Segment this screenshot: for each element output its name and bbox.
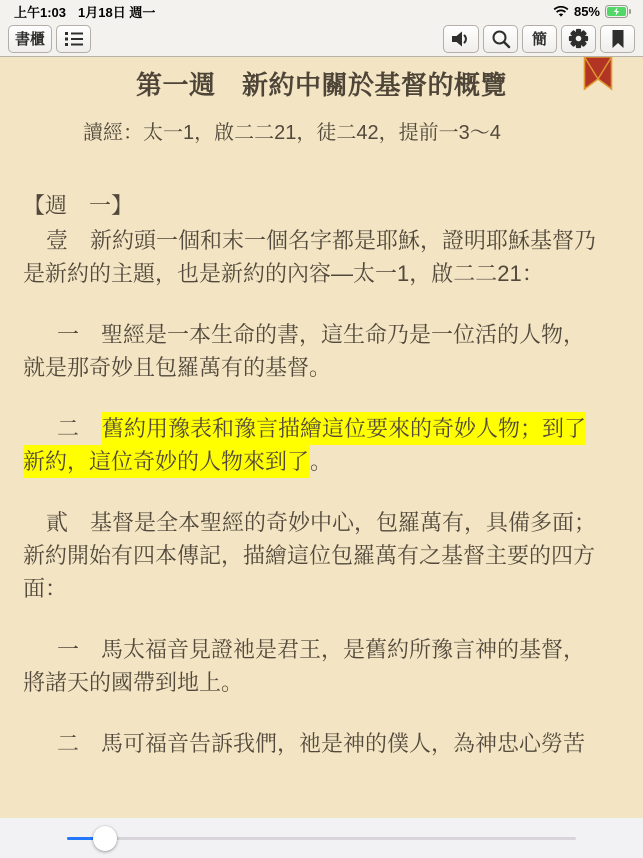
ipad-reader-app: 上午1:03 1月18日 週一 85% xyxy=(0,0,643,858)
speaker-icon xyxy=(450,29,472,49)
paragraph-point-1-sub-1: 一 聖經是一本生命的書，這生命乃是一位活的人物， 就是那奇妙且包羅萬有的基督。 xyxy=(23,318,620,384)
paragraph-point-1-sub-2: 二 舊約用豫表和豫言描繪這位要來的奇妙人物；到了 新約，這位奇妙的人物來到了。 xyxy=(23,412,620,478)
settings-button[interactable] xyxy=(561,25,596,53)
simplified-toggle-label: 簡 xyxy=(532,28,547,49)
progress-slider[interactable] xyxy=(67,835,576,841)
bookshelf-button[interactable]: 書櫃 xyxy=(8,25,52,53)
bookmark-button[interactable] xyxy=(600,25,635,53)
page-title: 第一週 新約中關於基督的概覽 xyxy=(23,65,620,102)
reader-page[interactable]: 第一週 新約中關於基督的概覽 讀經：太一1，啟二二21，徒二42，提前一3～4 … xyxy=(0,57,643,818)
paragraph-point-1: 壹 新約頭一個和末一個名字都是耶穌，證明耶穌基督乃 是新約的主題，也是新約的內容… xyxy=(23,224,620,290)
paragraph-prefix: 二 xyxy=(57,416,101,441)
slider-track[interactable] xyxy=(67,837,576,840)
paragraph-suffix: 。 xyxy=(310,449,332,474)
paragraph-point-2-sub-2: 二 馬可福音告訴我們，祂是神的僕人，為神忠心勞苦 xyxy=(23,727,620,760)
slider-thumb[interactable] xyxy=(93,826,117,851)
speak-button[interactable] xyxy=(443,25,479,53)
status-time: 上午1:03 xyxy=(14,2,66,21)
bookmark-icon xyxy=(610,29,626,49)
search-icon xyxy=(491,29,511,49)
battery-charging-icon xyxy=(605,5,631,18)
footer-bar xyxy=(0,818,643,858)
search-button[interactable] xyxy=(483,25,518,53)
toolbar: 書櫃 xyxy=(0,21,643,57)
scripture-reading: 讀經：太一1，啟二二21，徒二42，提前一3～4 xyxy=(83,116,620,145)
ribbon-bookmark-icon[interactable] xyxy=(583,57,613,91)
simplified-toggle-button[interactable]: 簡 xyxy=(522,25,557,53)
highlighted-text[interactable]: 舊約用豫表和豫言描繪這位要來的奇妙人物；到了 新約，這位奇妙的人物來到了 xyxy=(23,412,586,478)
paragraph-point-2: 貳 基督是全本聖經的奇妙中心，包羅萬有，具備多面； 新約開始有四本傳記，描繪這位… xyxy=(23,506,620,605)
status-bar: 上午1:03 1月18日 週一 85% xyxy=(0,0,643,21)
battery-percent: 85% xyxy=(574,4,600,19)
week-label: 【週 一】 xyxy=(23,189,620,222)
paragraph-point-2-sub-1: 一 馬太福音見證祂是君王，是舊約所豫言神的基督， 將諸天的國帶到地上。 xyxy=(23,633,620,699)
list-icon xyxy=(64,30,84,48)
wifi-icon xyxy=(553,6,569,18)
status-date: 1月18日 週一 xyxy=(78,2,155,21)
toc-button[interactable] xyxy=(56,25,91,53)
bookshelf-button-label: 書櫃 xyxy=(15,28,45,49)
gear-icon xyxy=(568,28,589,49)
